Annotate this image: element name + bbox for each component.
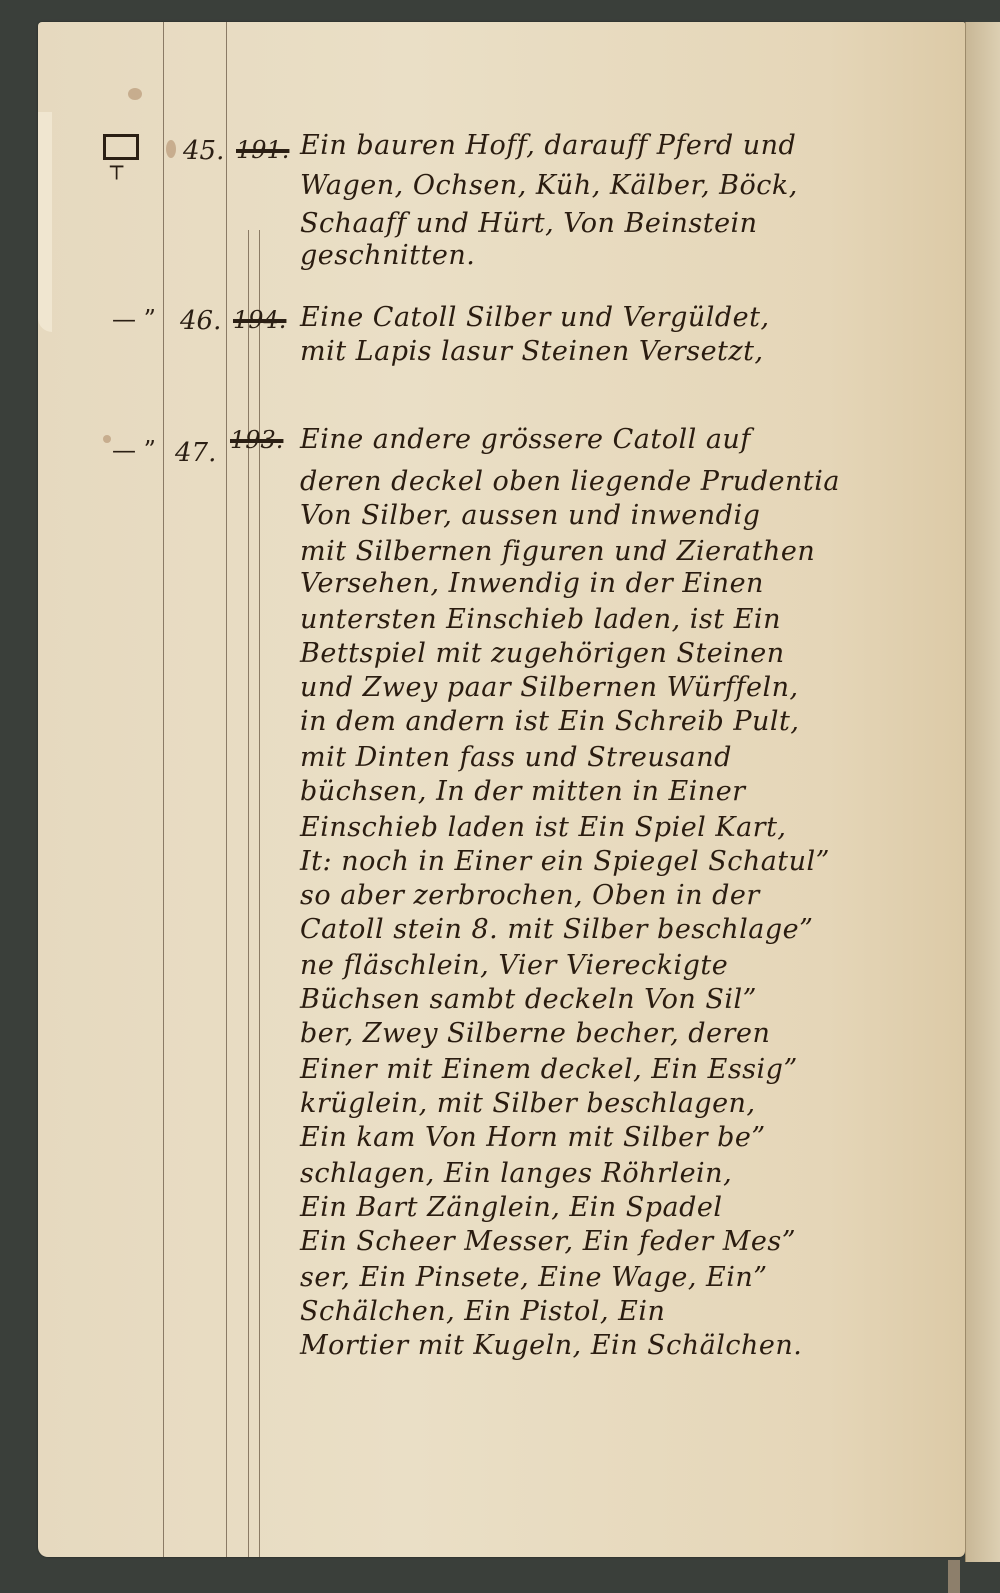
margin-ditto-mark: — ” bbox=[112, 305, 156, 333]
ink-stain bbox=[103, 435, 111, 443]
ink-stain bbox=[166, 140, 176, 158]
entry-text-line: Büchsen sambt deckeln Von Sil” bbox=[300, 984, 960, 1015]
adjacent-page-edge bbox=[965, 22, 1000, 1562]
entry-number: 45. bbox=[183, 136, 224, 166]
entry-text-line: so aber zerbrochen, Oben in der bbox=[300, 880, 960, 911]
ruled-column-line bbox=[163, 22, 164, 1557]
entry-text-line: Catoll stein 8. mit Silber beschlage” bbox=[300, 914, 960, 945]
entry-text-line: und Zwey paar Silbernen Würffeln, bbox=[300, 672, 960, 703]
entry-text-line: Ein Scheer Messer, Ein feder Mes” bbox=[300, 1226, 960, 1257]
entry-number: 47. bbox=[175, 438, 216, 468]
entry-text-line: Einer mit Einem deckel, Ein Essig” bbox=[300, 1054, 960, 1085]
entry-text-line: Eine Catoll Silber und Vergüldet, bbox=[300, 302, 960, 333]
entry-number: 46. bbox=[180, 306, 221, 336]
entry-text-line: It: noch in Einer ein Spiegel Schatul” bbox=[300, 846, 960, 877]
struck-number: 191. bbox=[236, 136, 289, 164]
entry-text-line: deren deckel oben liegende Prudentia bbox=[300, 466, 960, 497]
entry-text-line: Ein kam Von Horn mit Silber be” bbox=[300, 1122, 960, 1153]
entry-text-line: Bettspiel mit zugehörigen Steinen bbox=[300, 638, 960, 669]
torn-page-edge bbox=[38, 112, 52, 332]
entry-text-line: Eine andere grössere Catoll auf bbox=[300, 424, 960, 455]
entry-text-line: Versehen, Inwendig in der Einen bbox=[300, 568, 960, 599]
entry-text-line: ser, Ein Pinsete, Eine Wage, Ein” bbox=[300, 1262, 960, 1293]
entry-text-line: mit Lapis lasur Steinen Versetzt, bbox=[300, 336, 960, 367]
entry-text-line: Einschieb laden ist Ein Spiel Kart, bbox=[300, 812, 960, 843]
entry-text-line: Schaaff und Hürt, Von Beinstein bbox=[300, 208, 960, 239]
entry-text-line: in dem andern ist Ein Schreib Pult, bbox=[300, 706, 960, 737]
entry-text-line: mit Silbernen figuren und Zierathen bbox=[300, 536, 960, 567]
entry-text-line: Schälchen, Ein Pistol, Ein bbox=[300, 1296, 960, 1327]
entry-text-line: ne fläschlein, Vier Viereckigte bbox=[300, 950, 960, 981]
entry-text-line: mit Dinten fass und Streusand bbox=[300, 742, 960, 773]
entry-text-line: Von Silber, aussen und inwendig bbox=[300, 500, 960, 531]
ink-stain bbox=[128, 88, 142, 100]
struck-number: 194. bbox=[233, 306, 286, 334]
entry-text-line: Mortier mit Kugeln, Ein Schälchen. bbox=[300, 1330, 960, 1361]
entry-text-line: Ein Bart Zänglein, Ein Spadel bbox=[300, 1192, 960, 1223]
entry-text-line: schlagen, Ein langes Röhrlein, bbox=[300, 1158, 960, 1189]
entry-text-line: krüglein, mit Silber beschlagen, bbox=[300, 1088, 960, 1119]
margin-ditto-mark: — ” bbox=[112, 436, 156, 464]
entry-text-line: geschnitten. bbox=[300, 240, 960, 271]
entry-text-line: ber, Zwey Silberne becher, deren bbox=[300, 1018, 960, 1049]
binding-spine bbox=[948, 1560, 960, 1593]
margin-symbol-cross-icon: ┬ bbox=[110, 155, 123, 180]
entry-text-line: Wagen, Ochsen, Küh, Kälber, Böck, bbox=[300, 170, 960, 201]
entry-text-line: Ein bauren Hoff, darauff Pferd und bbox=[300, 130, 960, 161]
entry-text-line: untersten Einschieb laden, ist Ein bbox=[300, 604, 960, 635]
struck-number: 193. bbox=[230, 426, 283, 454]
ruled-column-line bbox=[226, 22, 227, 1557]
entry-text-line: büchsen, In der mitten in Einer bbox=[300, 776, 960, 807]
